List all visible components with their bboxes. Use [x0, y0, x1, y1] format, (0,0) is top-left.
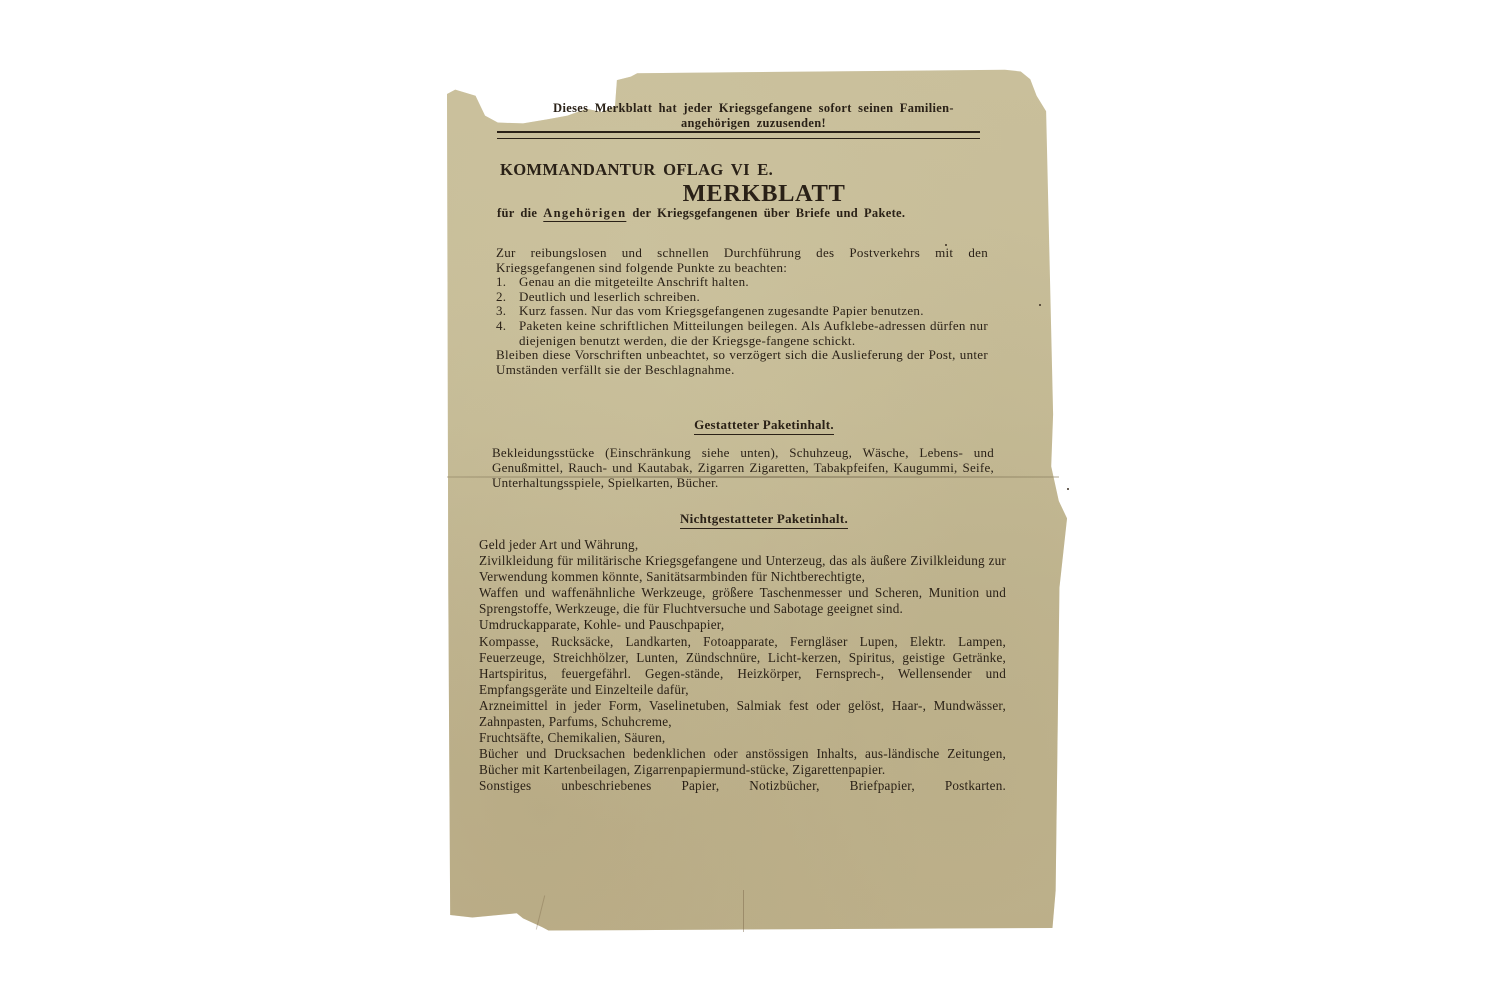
paper-speck [1039, 304, 1041, 306]
notice-line-1: Dieses Merkblatt hat jeder Kriegsgefange… [497, 101, 1010, 116]
instructions-block: Zur reibungslosen und schnellen Durchfüh… [496, 246, 988, 377]
forbidden-heading-text: Nichtgestatteter Paketinhalt. [680, 511, 848, 529]
forbidden-item: Geld jeder Art und Währung, [479, 537, 1006, 553]
warning-paragraph: Bleiben diese Vorschriften unbeachtet, s… [496, 348, 988, 377]
rule-number: 2. [496, 290, 519, 305]
rule-text: Deutlich und leserlich schreiben. [519, 290, 988, 305]
document-title: MERKBLATT [447, 180, 1081, 208]
rule-item: 1. Genau an die mitgeteilte Anschrift ha… [496, 275, 988, 290]
rule-item: 4. Paketen keine schriftlichen Mitteilun… [496, 319, 988, 348]
forbidden-item: Fruchtsäfte, Chemikalien, Säuren, [479, 730, 1006, 746]
double-rule-divider [497, 131, 980, 139]
allowed-heading-text: Gestatteter Paketinhalt. [694, 417, 834, 435]
rules-list: 1. Genau an die mitgeteilte Anschrift ha… [496, 275, 988, 348]
intro-paragraph: Zur reibungslosen und schnellen Durchfüh… [496, 246, 988, 275]
photo-stage: Dieses Merkblatt hat jeder Kriegsgefange… [0, 0, 1500, 1000]
allowed-contents-text: Bekleidungsstücke (Einschränkung siehe u… [492, 445, 994, 491]
forbidden-item: Sonstiges unbeschriebenes Papier, Notizb… [479, 778, 1006, 794]
forbidden-item: Kompasse, Rucksäcke, Landkarten, Fotoapp… [479, 634, 1006, 698]
subtitle-prefix: für die [497, 206, 537, 220]
forbidden-item: Waffen und waffenähnliche Werkzeuge, grö… [479, 585, 1006, 617]
subtitle-suffix: der Kriegsgefangenen über Briefe und Pak… [632, 206, 905, 220]
document: Dieses Merkblatt hat jeder Kriegsgefange… [447, 68, 1081, 934]
forbidden-item: Zivilkleidung für militärische Kriegsgef… [479, 553, 1006, 585]
rule-number: 4. [496, 319, 519, 348]
forbidden-contents-list: Geld jeder Art und Währung, Zivilkleidun… [479, 537, 1006, 795]
rule-text: Genau an die mitgeteilte Anschrift halte… [519, 275, 988, 290]
rule-item: 2. Deutlich und leserlich schreiben. [496, 290, 988, 305]
rule-text: Paketen keine schriftlichen Mitteilungen… [519, 319, 988, 348]
forbidden-item: Umdruckapparate, Kohle- und Pauschpapier… [479, 617, 1006, 633]
authority-heading: KOMMANDANTUR OFLAG VI E. [500, 160, 773, 180]
notice-line-2: angehörigen zuzusenden! [497, 116, 1010, 131]
rule-number: 3. [496, 304, 519, 319]
rule-number: 1. [496, 275, 519, 290]
forbidden-item: Bücher und Drucksachen bedenklichen oder… [479, 746, 1006, 778]
forbidden-heading: Nichtgestatteter Paketinhalt. [447, 511, 1081, 529]
forbidden-item: Arzneimittel in jeder Form, Vaselinetube… [479, 698, 1006, 730]
allowed-heading: Gestatteter Paketinhalt. [447, 417, 1081, 435]
subtitle-emphasis: Angehörigen [543, 206, 626, 220]
rule-item: 3. Kurz fassen. Nur das vom Kriegsgefang… [496, 304, 988, 319]
paper-speck [1067, 488, 1069, 490]
paper-speck [945, 244, 947, 246]
document-subtitle: für die Angehörigen der Kriegsgefangenen… [497, 206, 987, 221]
notice-banner: Dieses Merkblatt hat jeder Kriegsgefange… [497, 101, 1010, 130]
rule-text: Kurz fassen. Nur das vom Kriegsgefangene… [519, 304, 988, 319]
